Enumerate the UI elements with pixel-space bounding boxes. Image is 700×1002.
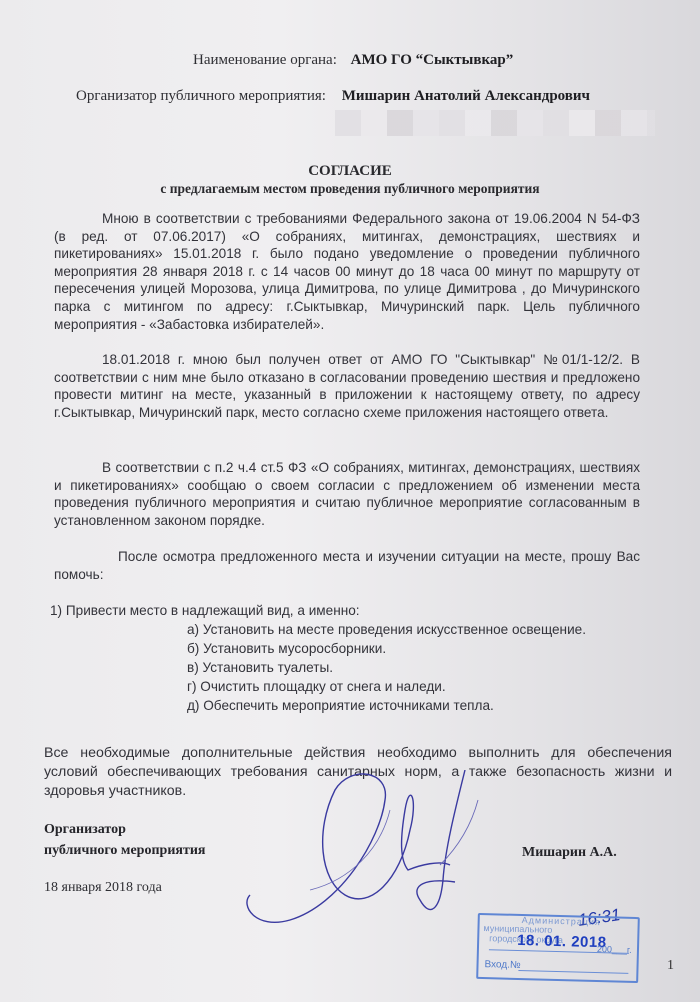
request-item-e: д) Обеспечить мероприятие источниками те…: [187, 698, 494, 713]
stamp-date: 18. 01. 2018: [517, 932, 607, 951]
redacted-area: [335, 110, 655, 136]
paragraph-text: Мною в соответствии с требованиями Федер…: [54, 210, 640, 333]
registration-stamp: Администрация муниципального городского …: [476, 913, 640, 983]
signer-role-line1: Организатор: [44, 822, 126, 838]
paragraph-consent: В соответствии с п.2 ч.4 ст.5 ФЗ «О собр…: [54, 459, 640, 529]
request-heading: 1) Привести место в надлежащий вид, а им…: [50, 603, 360, 618]
paragraph-request: После осмотра предложенного места и изуч…: [54, 548, 640, 583]
request-item-d: г) Очистить площадку от снега и наледи.: [187, 679, 446, 694]
paragraph-notification: Мною в соответствии с требованиями Федер…: [54, 210, 640, 333]
organizer-label: Организатор публичного мероприятия:: [76, 88, 326, 104]
organ-row: Наименование органа: АМО ГО “Сыктывкар”: [193, 52, 513, 69]
document-title: СОГЛАСИЕ: [0, 163, 700, 180]
organ-value: АМО ГО “Сыктывкар”: [351, 52, 514, 68]
paragraph-text: В соответствии с п.2 ч.4 ст.5 ФЗ «О собр…: [54, 459, 640, 529]
stamp-incoming-label: Вход.№: [484, 959, 520, 971]
request-item-b: б) Установить мусоросборники.: [187, 641, 386, 656]
request-item-c: в) Установить туалеты.: [187, 660, 333, 675]
stamp-incoming-line: [518, 970, 628, 974]
organizer-value: Мишарин Анатолий Александрович: [342, 88, 590, 104]
organizer-row: Организатор публичного мероприятия: Миша…: [76, 88, 590, 105]
page-number: 1: [667, 958, 674, 974]
handwritten-signature: [240, 770, 480, 940]
document-subtitle: с предлагаемым местом проведения публичн…: [0, 181, 700, 197]
signer-role-line2: публичного мероприятия: [44, 843, 205, 859]
paragraph-response: 18.01.2018 г. мною был получен ответ от …: [54, 351, 640, 421]
organ-label: Наименование органа:: [193, 52, 337, 68]
stamp-year-placeholder: 200___г.: [597, 944, 632, 955]
request-item-a: а) Установить на месте проведения искусс…: [187, 622, 586, 637]
paragraph-text: 18.01.2018 г. мною был получен ответ от …: [54, 351, 640, 421]
signer-name: Мишарин А.А.: [522, 845, 617, 861]
document-page: Наименование органа: АМО ГО “Сыктывкар” …: [0, 0, 700, 1002]
paragraph-text: После осмотра предложенного места и изуч…: [54, 548, 640, 583]
signature-date: 18 января 2018 года: [44, 880, 162, 896]
